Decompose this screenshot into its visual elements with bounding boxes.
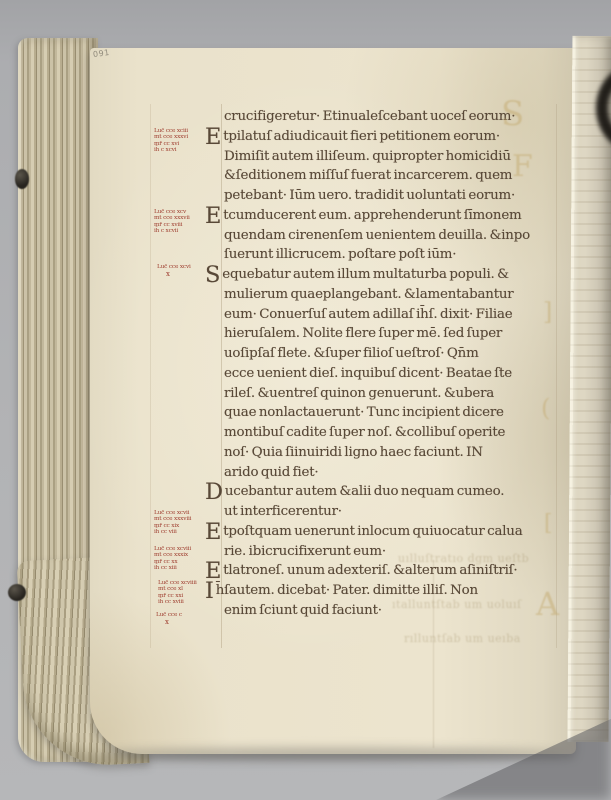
canon-note-line: ih̄ c xcvi — [154, 147, 188, 153]
line-text: tpilatuſ adiudicauit fieri petitionem eo… — [223, 129, 500, 144]
line-text: quendam cirenenſem uenientem deuilla. &i… — [224, 228, 530, 243]
manuscript-line: rileſ. &uentreſ quinon genuerunt. &ubera — [224, 384, 569, 404]
photo-background: { "scene": { "description": "photograph … — [0, 0, 611, 800]
canon-note-line: ih̄ cc viii — [154, 529, 191, 535]
line-text: h̄ſautem. dicebat· Pater. dimitte illiſ.… — [216, 583, 478, 598]
line-text: ſuerunt illicrucem. poſtare poſt iūm· — [224, 247, 456, 262]
canon-note-line: mt cce xxxix — [154, 552, 191, 558]
line-text: Dimiſit autem illiſeum. quipropter homic… — [224, 149, 511, 164]
line-text: uoſipſaſ flete. &ſuper filioſ ueſtroſ· Q… — [224, 346, 479, 361]
line-text: equebatur autem illum multaturba populi.… — [222, 267, 509, 282]
ink-showthrough-initial: F — [512, 152, 533, 182]
manuscript-line: Etpoſtquam uenerunt inlocum quiuocatur c… — [224, 522, 569, 542]
binding-stud-bottom — [8, 584, 26, 601]
ink-showthrough-initial: [ — [544, 513, 553, 535]
eusebian-canon-note: Luc̄ cce xcviimt cce xxxviiimr̄ cc xixih… — [154, 510, 191, 536]
binding-stud-top — [15, 169, 29, 189]
line-text: petebant· Iūm uero. tradidit uoluntati e… — [224, 188, 515, 203]
line-text: tcumducerent eum. apprehenderunt ſīmonem — [223, 208, 521, 223]
section-initial: D — [205, 487, 223, 497]
section-initial: E — [205, 132, 221, 142]
ink-showthrough-text: uılluſtratıo dgm ueſtb — [398, 552, 529, 565]
manuscript-line: Sequebatur autem illum multaturba populi… — [224, 265, 569, 285]
section-initial: I — [205, 586, 214, 596]
line-text: enim ſciunt quid faciunt· — [224, 603, 382, 618]
manuscript-line: ecce uenient dieſ. inquibuſ dicent· Beat… — [224, 364, 569, 384]
line-text: rie. ibicrucifixerunt eum· — [224, 544, 386, 559]
manuscript-line: montibuſ cadite ſuper noſ. &collibuſ ope… — [224, 423, 569, 443]
manuscript-line: ut interficerentur· — [224, 502, 569, 522]
canon-note-line: ih̄ cc xviii — [158, 599, 197, 605]
line-text: hieruſalem. Nolite flere ſuper mē. ſed ſ… — [224, 326, 502, 341]
manuscript-line: uoſipſaſ flete. &ſuper filioſ ueſtroſ· Q… — [224, 344, 569, 364]
line-text: tpoſtquam uenerunt inlocum quiuocatur ca… — [223, 524, 522, 539]
eusebian-canon-note: Luc̄ cce xcvix — [157, 264, 191, 278]
line-text: montibuſ cadite ſuper noſ. &collibuſ ope… — [224, 425, 505, 440]
text-block: crucifigeretur· Etinualeſcebant uoceſ eo… — [224, 107, 569, 621]
page-edge-stack-right — [568, 36, 611, 742]
eusebian-canon-note: Luc̄ cce xcviiimt cce xxxixmr̄ cc xxih̄ … — [154, 546, 191, 572]
manuscript-line: quae nonlactauerunt· Tunc incipient dice… — [224, 403, 569, 423]
line-text: ucebantur autem &alii duo nequam cumeo. — [225, 484, 505, 499]
ink-showthrough-text: ıtalluntſtab um uoluıſ — [392, 598, 522, 611]
ink-showthrough-initial: ] — [543, 300, 552, 324]
manuscript-line: eum· Conuerſuſ autem adillaſ ih̄ſ. dixit… — [224, 305, 569, 325]
eusebian-canon-note: Luc̄ cce xciiimt cce xxxvimr̄ cc xviih̄ … — [154, 128, 188, 154]
canon-note-line: ih̄ cc xiii — [154, 565, 191, 571]
eusebian-canon-note: Luc̄ cce cx — [156, 612, 182, 626]
ruling-line-margin — [150, 104, 151, 648]
line-text: mulierum quaeplangebant. &lamentabantur — [224, 287, 514, 302]
manuscript-line: quendam cirenenſem uenientem deuilla. &i… — [224, 226, 569, 246]
manuscript-line: arido quid fiet· — [224, 463, 569, 483]
red-cross-mark: x — [157, 270, 191, 278]
line-text: &ſeditionem miſſuſ fuerat incarcerem. qu… — [224, 168, 512, 183]
line-text: ut interficerentur· — [224, 504, 342, 519]
manuscript-line: Etcumducerent eum. apprehenderunt ſīmone… — [224, 206, 569, 226]
manuscript-line: hieruſalem. Nolite flere ſuper mē. ſed ſ… — [224, 324, 569, 344]
manuscript-line: mulierum quaeplangebant. &lamentabantur — [224, 285, 569, 305]
manuscript-line: ſuerunt illicrucem. poſtare poſt iūm· — [224, 245, 569, 265]
line-text: noſ· Quia ſiinuiridi ligno haec faciunt.… — [224, 445, 483, 460]
line-text: crucifigeretur· Etinualeſcebant uoceſ eo… — [224, 109, 515, 124]
ink-showthrough-text: rılluntſab um ueıba — [404, 632, 521, 645]
canon-note-line: ih̄ c xcvii — [154, 228, 190, 234]
red-cross-mark: x — [156, 618, 182, 626]
section-initial: E — [205, 527, 221, 537]
line-text: tlatroneſ. unum adexteriſ. &alterum aſin… — [223, 563, 517, 578]
canon-note-line: mt cce xxxviii — [154, 516, 191, 522]
line-text: quae nonlactauerunt· Tunc incipient dice… — [224, 405, 504, 420]
section-initial: S — [205, 270, 220, 280]
canon-note-line: mt cce xxxvi — [154, 134, 188, 140]
ink-showthrough-initial: A — [536, 588, 559, 620]
section-initial: E — [205, 566, 221, 576]
ink-showthrough-initial: ( — [541, 396, 550, 420]
ink-showthrough-initial: S — [501, 97, 524, 131]
eusebian-canon-note: Luc̄ cce xcvmt cce xxxviimr̄ cc xviiiih̄… — [154, 209, 190, 235]
eusebian-canon-note: Luc̄ cce xcviiiimt cce xlmr̄ cc xxiih̄ c… — [158, 580, 197, 606]
line-text: rileſ. &uentreſ quinon genuerunt. &ubera — [224, 386, 494, 401]
section-initial: E — [205, 211, 221, 221]
line-text: arido quid fiet· — [224, 465, 318, 480]
canon-note-line: mt cce xxxvii — [154, 215, 190, 221]
manuscript-line: Ducebantur autem &alii duo nequam cumeo. — [224, 482, 569, 502]
book-shadow-bottom — [96, 748, 566, 760]
manuscript-photo-scene: 091 crucifigeretur· Etinualeſcebant uoce… — [0, 0, 611, 800]
canon-note-line: Luc̄ cce xcvi — [157, 264, 191, 270]
line-text: eum· Conuerſuſ autem adillaſ ih̄ſ. dixit… — [224, 307, 513, 322]
manuscript-line: noſ· Quia ſiinuiridi ligno haec faciunt.… — [224, 443, 569, 463]
line-text: ecce uenient dieſ. inquibuſ dicent· Beat… — [224, 366, 512, 381]
manuscript-line: petebant· Iūm uero. tradidit uoluntati e… — [224, 186, 569, 206]
